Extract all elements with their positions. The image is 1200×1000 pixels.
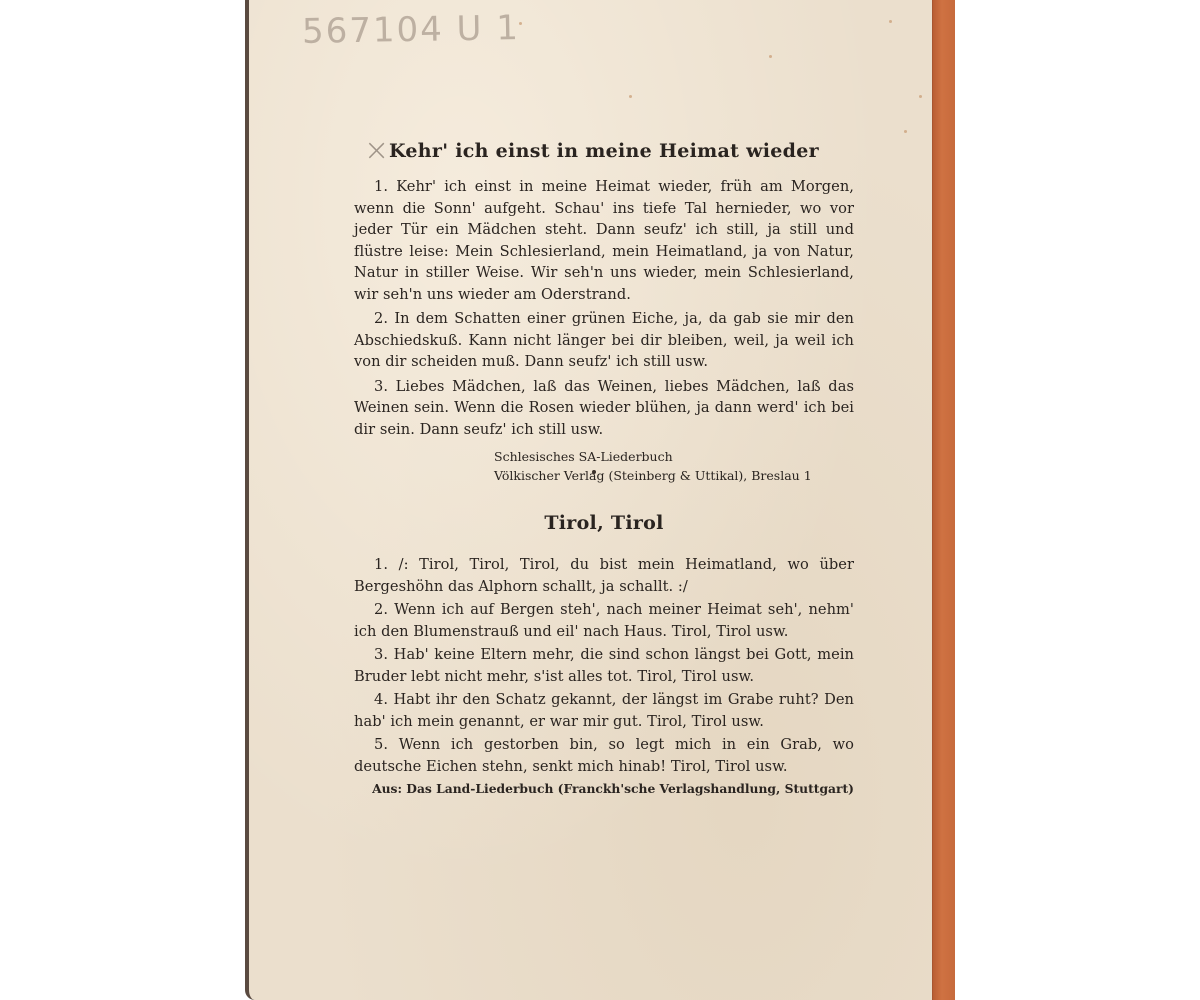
verse: 1. /: Tirol, Tirol, Tirol, du bist mein … — [354, 554, 854, 597]
verse: 3. Hab' keine Eltern mehr, die sind scho… — [354, 644, 854, 687]
paper-speck — [769, 55, 772, 58]
pencil-inventory-note: 567104 U 1 — [302, 8, 521, 52]
separator-dot — [592, 470, 596, 474]
paper-speck — [519, 22, 522, 25]
paper-speck — [629, 95, 632, 98]
book-spine-edge — [932, 0, 955, 1000]
verse: 4. Habt ihr den Schatz gekannt, der läng… — [354, 689, 854, 732]
source-line: Völkischer Verlag (Steinberg & Uttikal),… — [494, 466, 854, 485]
source-line: Schlesisches SA-Liederbuch — [494, 447, 854, 466]
song-source: Aus: Das Land-Liederbuch (Franckh'sche V… — [354, 779, 854, 798]
songbook-page: 567104 U 1 × Kehr' ich einst in meine He… — [245, 0, 955, 1000]
verse: 2. In dem Schatten einer grünen Eiche, j… — [354, 308, 854, 373]
song-title: Kehr' ich einst in meine Heimat wieder — [354, 140, 854, 162]
song-kehr-ich-einst: Kehr' ich einst in meine Heimat wieder 1… — [354, 140, 854, 485]
song-tirol-tirol: Tirol, Tirol 1. /: Tirol, Tirol, Tirol, … — [354, 512, 854, 798]
verse: 1. Kehr' ich einst in meine Heimat wiede… — [354, 176, 854, 305]
source-line: Aus: Das Land-Liederbuch (Franckh'sche V… — [354, 779, 854, 798]
verse: 5. Wenn ich gestorben bin, so legt mich … — [354, 734, 854, 777]
paper-speck — [889, 20, 892, 23]
song-title: Tirol, Tirol — [354, 512, 854, 534]
paper-speck — [904, 130, 907, 133]
paper-speck — [919, 95, 922, 98]
verse: 3. Liebes Mädchen, laß das Weinen, liebe… — [354, 376, 854, 441]
verse: 2. Wenn ich auf Bergen steh', nach meine… — [354, 599, 854, 642]
song-source: Schlesisches SA-Liederbuch Völkischer Ve… — [354, 447, 854, 485]
